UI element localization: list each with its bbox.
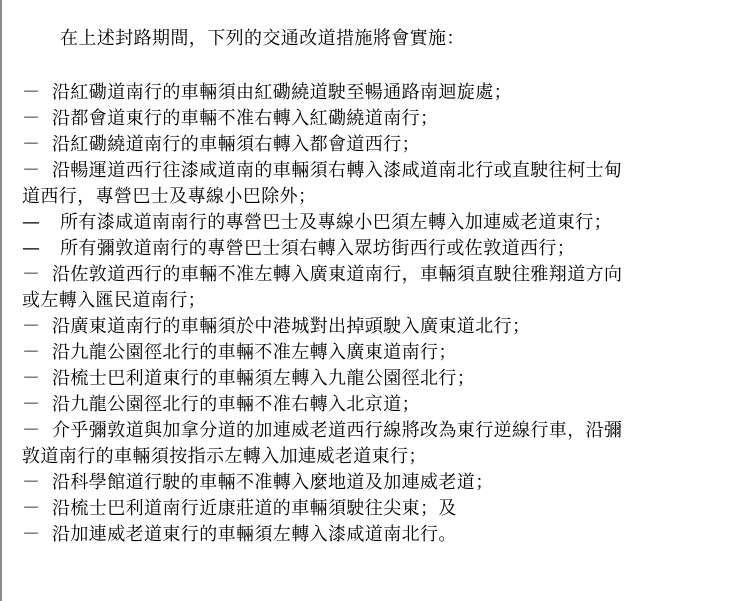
item-text-continuation: 或左轉入匯民道南行； [22, 288, 702, 314]
page-left-border [0, 0, 2, 601]
bullet-dash: － [22, 106, 52, 132]
list-item: －沿佐敦道西行的車輛不准左轉入廣東道南行，車輛須直駛往雅翔道方向 或左轉入匯民道… [22, 262, 702, 314]
list-item: －沿都會道東行的車輛不准右轉入紅磡繞道南行； [22, 106, 702, 132]
intro-paragraph: 在上述封路期間，下列的交通改道措施將會實施： [60, 26, 465, 52]
bullet-dash: － [22, 496, 52, 522]
item-text: 所有漆咸道南南行的專營巴士及專線小巴須左轉入加連威老道東行； [60, 212, 612, 233]
list-item: －沿紅磡繞道南行的車輛須右轉入都會道西行； [22, 132, 702, 158]
bullet-dash: — [22, 236, 60, 262]
bullet-dash: － [22, 80, 52, 106]
item-text: 沿科學館道行駛的車輛不准轉入麼地道及加連威老道； [52, 472, 494, 493]
bullet-dash: － [22, 392, 52, 418]
bullet-dash: － [22, 132, 52, 158]
list-item: —所有彌敦道南行的專營巴士須右轉入眾坊街西行或佐敦道西行； [22, 236, 702, 262]
item-text: 介乎彌敦道與加拿分道的加連威老道西行線將改為東行逆線行車，沿彌 [52, 420, 622, 441]
bullet-dash: － [22, 340, 52, 366]
bullet-dash: － [22, 522, 52, 548]
list-item: －沿暢運道西行往漆咸道南的車輛須右轉入漆咸道南北行或直駛往柯士甸 道西行，專營巴… [22, 158, 702, 210]
bullet-dash: － [22, 158, 52, 184]
bullet-dash: － [22, 314, 52, 340]
bullet-dash: — [22, 210, 60, 236]
item-text: 沿紅磡繞道南行的車輛須右轉入都會道西行； [52, 134, 420, 155]
list-item: －沿科學館道行駛的車輛不准轉入麼地道及加連威老道； [22, 470, 702, 496]
item-text: 沿九龍公園徑北行的車輛不准右轉入北京道； [52, 394, 420, 415]
bullet-dash: － [22, 418, 52, 444]
item-text: 沿加連威老道東行的車輛須左轉入漆咸道南北行。 [52, 524, 457, 545]
item-text: 沿佐敦道西行的車輛不准左轉入廣東道南行，車輛須直駛往雅翔道方向 [52, 264, 622, 285]
bullet-dash: － [22, 366, 52, 392]
list-item: —所有漆咸道南南行的專營巴士及專線小巴須左轉入加連威老道東行； [22, 210, 702, 236]
item-text: 所有彌敦道南行的專營巴士須右轉入眾坊街西行或佐敦道西行； [60, 238, 575, 259]
item-text: 沿廣東道南行的車輛須於中港城對出掉頭駛入廣東道北行； [52, 316, 530, 337]
list-item: －介乎彌敦道與加拿分道的加連威老道西行線將改為東行逆線行車，沿彌 敦道南行的車輛… [22, 418, 702, 470]
list-item: －沿加連威老道東行的車輛須左轉入漆咸道南北行。 [22, 522, 702, 548]
bullet-dash: － [22, 470, 52, 496]
list-item: －沿梳士巴利道南行近康莊道的車輛須駛往尖東；及 [22, 496, 702, 522]
bullet-dash: － [22, 262, 52, 288]
item-text: 沿暢運道西行往漆咸道南的車輛須右轉入漆咸道南北行或直駛往柯士甸 [52, 160, 622, 181]
item-text-continuation: 道西行，專營巴士及專線小巴除外； [22, 184, 702, 210]
item-text-continuation: 敦道南行的車輛須按指示左轉入加連威老道東行； [22, 444, 702, 470]
item-text: 沿梳士巴利道南行近康莊道的車輛須駛往尖東；及 [52, 498, 457, 519]
item-text: 沿梳士巴利道東行的車輛須左轉入九龍公園徑北行； [52, 368, 475, 389]
item-text: 沿九龍公園徑北行的車輛不准左轉入廣東道南行； [52, 342, 457, 363]
item-text: 沿都會道東行的車輛不准右轉入紅磡繞道南行； [52, 108, 438, 129]
list-item: －沿廣東道南行的車輛須於中港城對出掉頭駛入廣東道北行； [22, 314, 702, 340]
list-item: －沿梳士巴利道東行的車輛須左轉入九龍公園徑北行； [22, 366, 702, 392]
list-item: －沿紅磡道南行的車輛須由紅磡繞道駛至暢通路南迴旋處； [22, 80, 702, 106]
diversion-list: －沿紅磡道南行的車輛須由紅磡繞道駛至暢通路南迴旋處； －沿都會道東行的車輛不准右… [22, 80, 702, 548]
list-item: －沿九龍公園徑北行的車輛不准右轉入北京道； [22, 392, 702, 418]
list-item: －沿九龍公園徑北行的車輛不准左轉入廣東道南行； [22, 340, 702, 366]
item-text: 沿紅磡道南行的車輛須由紅磡繞道駛至暢通路南迴旋處； [52, 82, 512, 103]
